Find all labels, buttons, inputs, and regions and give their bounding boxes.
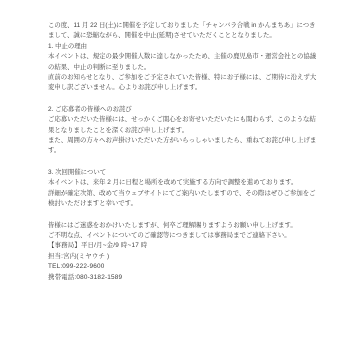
section-heading: 2. ご応募者の皆様へのお詫び	[48, 105, 317, 115]
section-next-event: 3. 次回開催について 本イベントは、来年 2 月に日程と場所を改めて実施する方…	[48, 168, 317, 210]
closing-paragraph: 皆様にはご迷惑をおかけいたしますが、何卒ご理解賜りますようお願い申し上げます。	[48, 221, 317, 231]
section-paragraph: 本イベントは、来年 2 月に日程と場所を改めて実施する方向で調整を進めております…	[48, 178, 317, 188]
section-cancellation-reason: 1. 中止の理由 本イベントは、規定の最少開催人数に達しなかったため、主催の鹿児…	[48, 42, 317, 94]
office-contact-person: 担当:宮内(ミヤウチ )	[48, 252, 317, 262]
section-paragraph: また、周囲の方々へお声掛けいただいた方がいらっしゃいましたら、重ねてお詫び申し上…	[48, 136, 317, 157]
office-contact-info: 【事務局】平日/月~金/9 時~17 時 担当:宮内(ミヤウチ ) TEL:09…	[48, 241, 317, 283]
section-paragraph: 本イベントは、規定の最少開催人数に達しなかったため、主催の鹿児島市・運営会社との…	[48, 52, 317, 73]
notice-content: この度、11 月 22 日(土)に開催を予定しておりました「チャンバラ合戦 in…	[48, 21, 317, 294]
section-paragraph: 直前のお知らせとなり、ご参加をご予定されていた皆様、特にお子様には、ご期待に沿え…	[48, 73, 317, 94]
office-tel: TEL:099-222-9600	[48, 262, 317, 272]
section-paragraph: 詳細が確定次第、改めて当ウェブサイトにてご案内いたしますので、その際はぜひご参加…	[48, 189, 317, 210]
section-paragraph: ご応募いただいた皆様には、せっかくご関心をお寄せいただいたにも関わらず、このよう…	[48, 115, 317, 136]
office-hours: 【事務局】平日/月~金/9 時~17 時	[48, 241, 317, 251]
section-heading: 1. 中止の理由	[48, 42, 317, 52]
office-mobile: 携帯電話:080-3182-1589	[48, 273, 317, 283]
inquiry-paragraph: ご不明な点、イベントについてのご確認等につきましては事務局までご連絡下さい。	[48, 231, 317, 241]
section-heading: 3. 次回開催について	[48, 168, 317, 178]
section-apology-to-applicants: 2. ご応募者の皆様へのお詫び ご応募いただいた皆様には、せっかくご関心をお寄せ…	[48, 105, 317, 157]
notice-page: この度、11 月 22 日(土)に開催を予定しておりました「チャンバラ合戦 in…	[0, 0, 360, 360]
intro-paragraph: この度、11 月 22 日(土)に開催を予定しておりました「チャンバラ合戦 in…	[48, 21, 317, 42]
